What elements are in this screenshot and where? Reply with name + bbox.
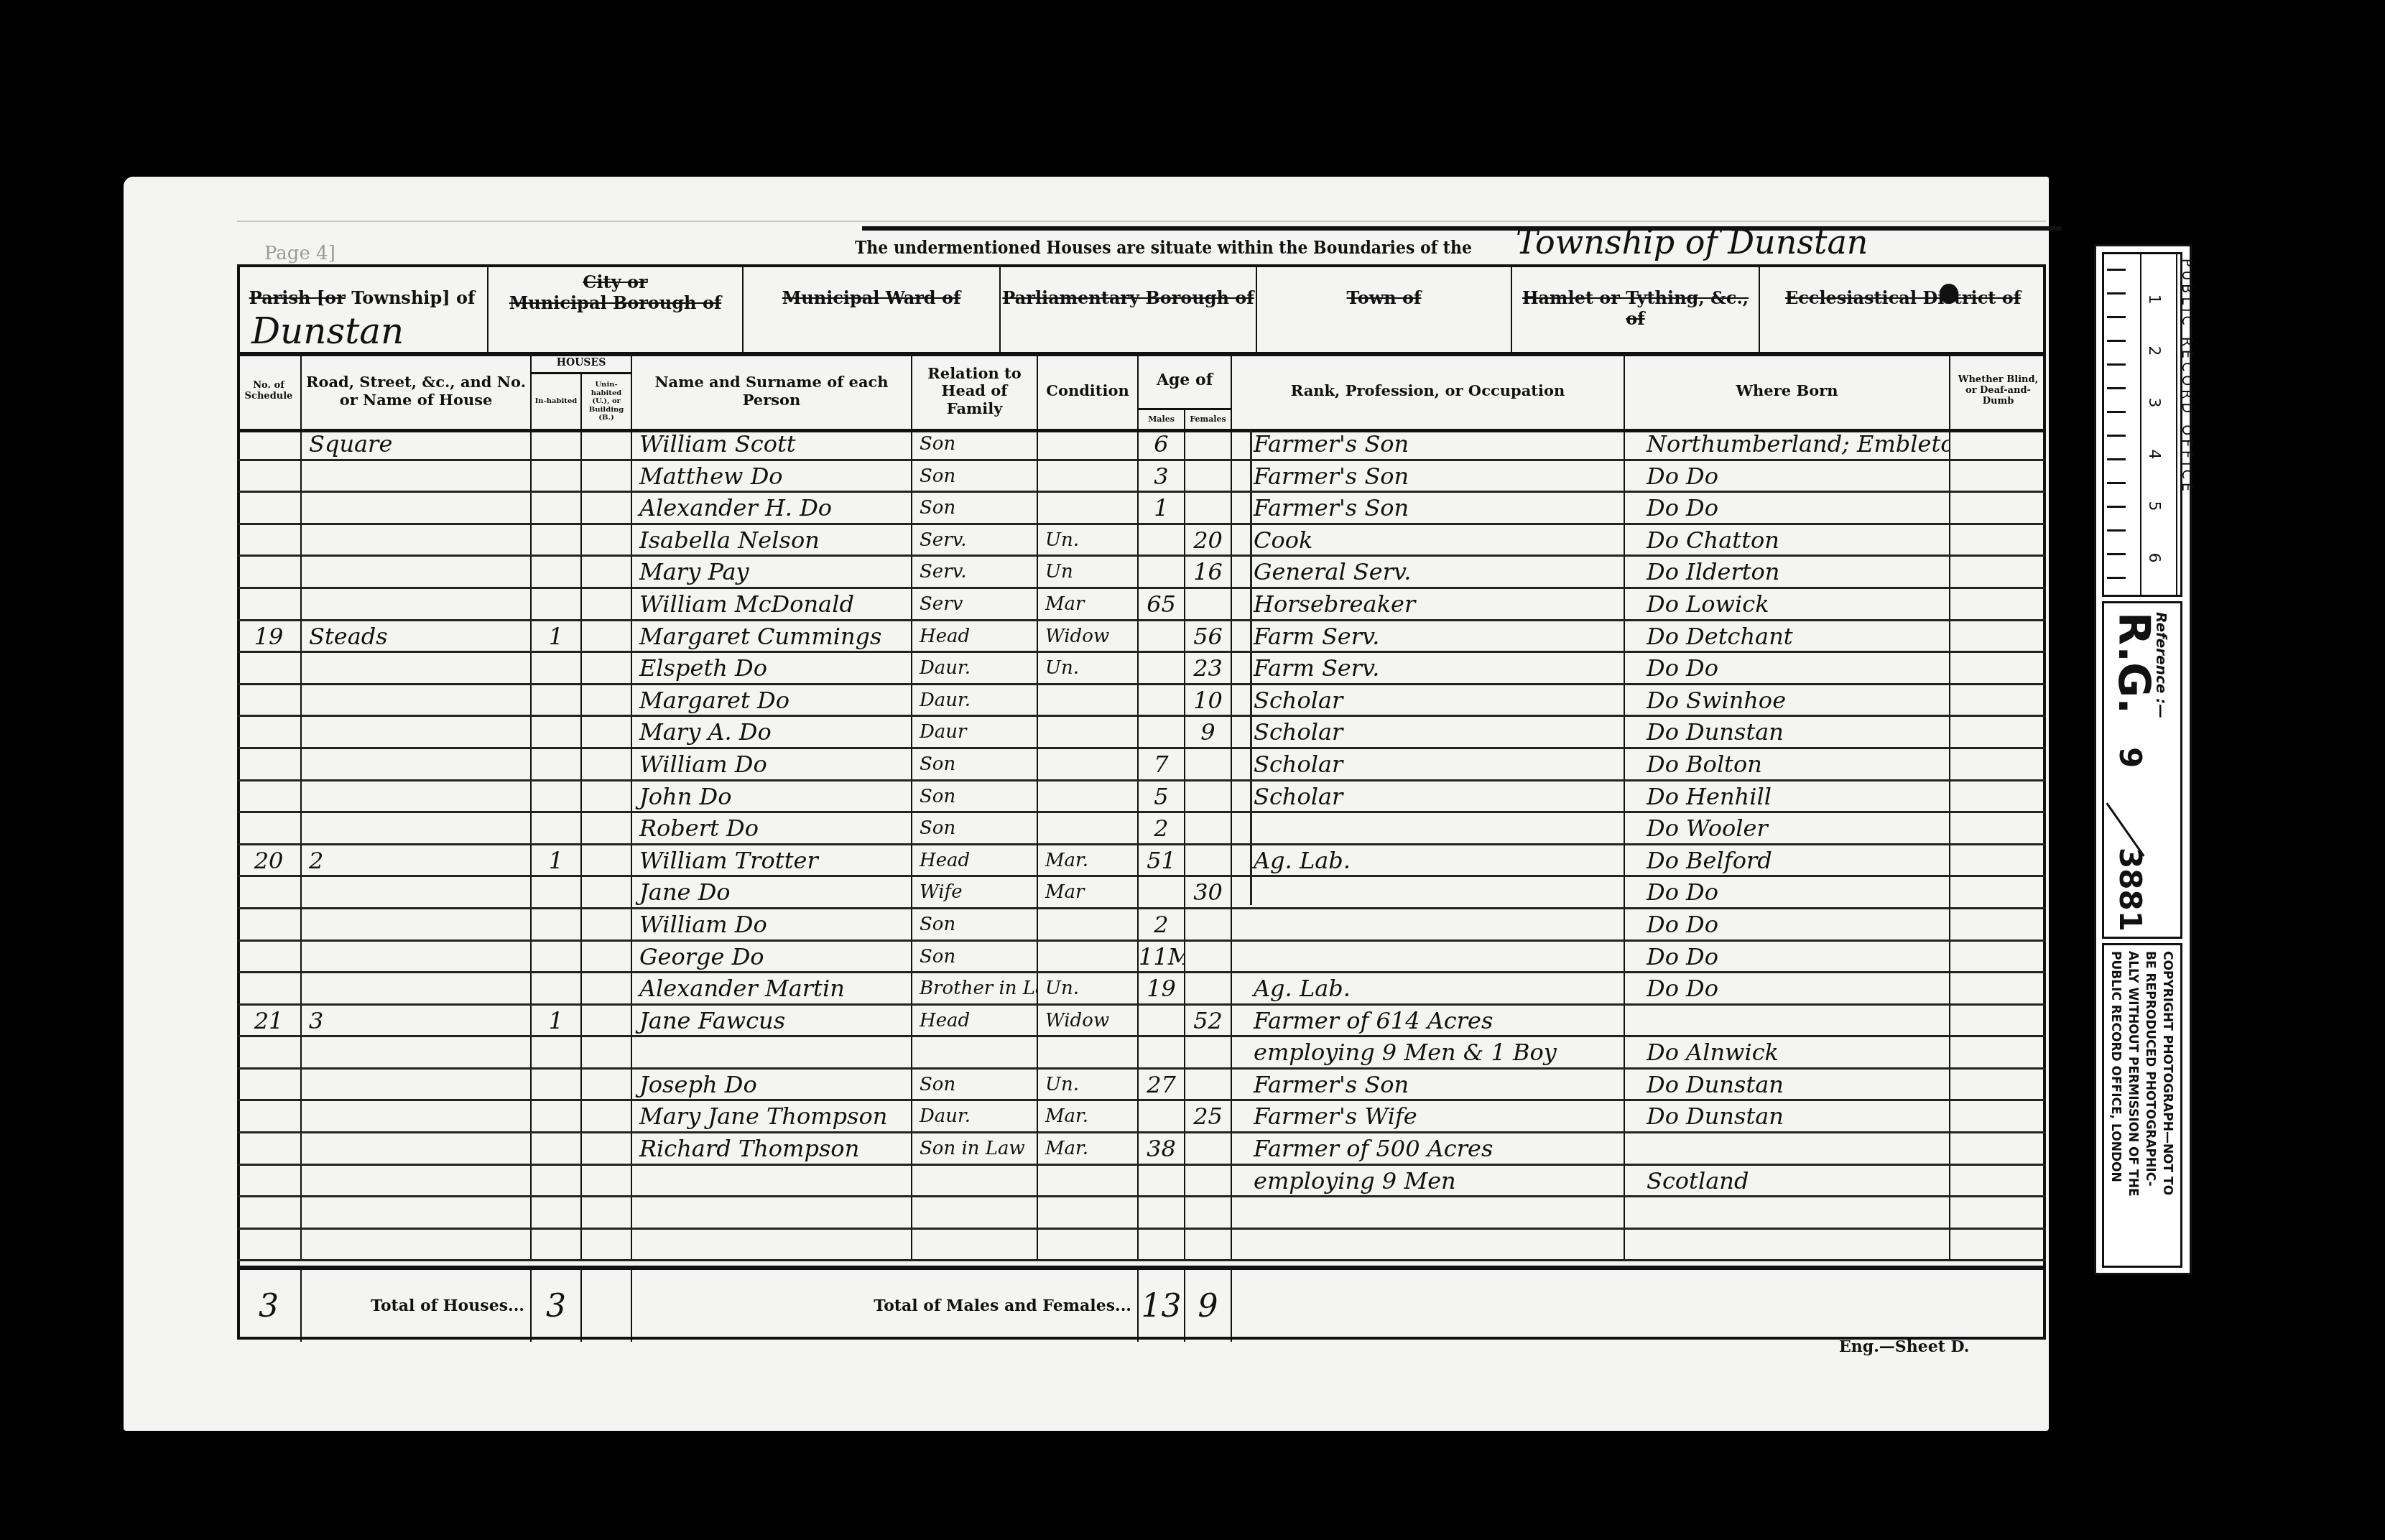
ruler-tick (2107, 458, 2126, 460)
city-struck-label: City or (488, 272, 742, 292)
total-houses-label: Total of Houses... (302, 1270, 532, 1342)
birthplace-cell: Do Do (1625, 493, 1950, 523)
column-headers: No. of Schedule Road, Street, &c., and N… (237, 353, 2046, 432)
name-cell: Margaret Do (632, 685, 912, 715)
inhabited-cell (532, 1230, 582, 1260)
males-age-cell: 2 (1139, 813, 1185, 843)
page-number: Page 4] (264, 243, 335, 264)
schedule-cell (237, 429, 302, 459)
inhabited-cell (532, 909, 582, 940)
males-age-cell (1139, 525, 1185, 555)
total-persons-label: Total of Males and Females... (632, 1270, 1139, 1342)
inhabited-cell (532, 685, 582, 715)
inhabited-cell (532, 589, 582, 619)
ruler-number: 1 (2145, 294, 2163, 305)
birthplace-cell: Do Belford (1625, 845, 1950, 876)
occupation-cell: Farm Serv. (1232, 653, 1625, 683)
uninhabited-cell (582, 653, 632, 683)
name-cell: Jane Fawcus (632, 1006, 912, 1036)
top-rule (237, 221, 2046, 222)
uninhabited-cell (582, 877, 632, 907)
ward-struck-label: Municipal Ward of (782, 287, 961, 308)
schedule-cell (237, 1037, 302, 1067)
schedule-cell (237, 909, 302, 940)
road-cell (302, 525, 532, 555)
uninhabited-cell (582, 429, 632, 459)
table-row: William McDonaldServMar65HorsebreakerDo … (237, 589, 2046, 621)
schedule-cell (237, 1197, 302, 1228)
total-females: 9 (1185, 1270, 1232, 1342)
hamlet-struck-label: Hamlet or Tything, &c., of (1522, 287, 1749, 329)
name-cell: Mary Pay (632, 557, 912, 587)
sheet-label: Eng.—Sheet D. (1839, 1337, 1969, 1356)
infirmity-cell (1950, 973, 2046, 1003)
age-label: Age of (1157, 353, 1213, 408)
inhabited-cell (532, 749, 582, 779)
reference-box: R.G. Reference :— 9 3881 (2102, 601, 2182, 939)
schedule-cell (237, 525, 302, 555)
road-cell (302, 942, 532, 972)
birthplace-cell: Do Alnwick (1625, 1037, 1950, 1067)
ruler-tick (2107, 435, 2126, 437)
occupation-cell: Horsebreaker (1232, 589, 1625, 619)
condition-cell: Mar. (1038, 845, 1139, 876)
condition-cell (1038, 1197, 1139, 1228)
table-row: Jane DoWifeMar30Do Do (237, 877, 2046, 909)
name-cell: Margaret Cummings (632, 621, 912, 651)
inhabited-cell (532, 1133, 582, 1164)
occupation-cell (1232, 1230, 1625, 1260)
relation-cell (912, 1197, 1038, 1228)
infirmity-cell (1950, 685, 2046, 715)
males-age-cell: 7 (1139, 749, 1185, 779)
col-name: Name and Surname of each Person (632, 353, 912, 429)
females-age-cell (1185, 589, 1232, 619)
condition-cell: Un. (1038, 1070, 1139, 1100)
occupation-cell: employing 9 Men (1232, 1166, 1625, 1196)
name-cell: George Do (632, 942, 912, 972)
condition-cell (1038, 749, 1139, 779)
relation-cell: Daur. (912, 685, 1038, 715)
ruler-tick (2107, 482, 2126, 484)
ruler-tick (2107, 506, 2126, 508)
condition-cell (1038, 1230, 1139, 1260)
condition-cell: Un. (1038, 973, 1139, 1003)
birthplace-cell (1625, 1006, 1950, 1036)
males-age-cell (1139, 877, 1185, 907)
birthplace-cell: Do Lowick (1625, 589, 1950, 619)
condition-cell (1038, 685, 1139, 715)
males-age-cell: 19 (1139, 973, 1185, 1003)
table-row: Mary PayServ.Un16General Serv.Do Ilderto… (237, 557, 2046, 589)
birthplace-cell: Do Swinhoe (1625, 685, 1950, 715)
occupation-cell: Farmer's Son (1232, 1070, 1625, 1100)
females-age-cell (1185, 813, 1232, 843)
col-born: Where Born (1625, 353, 1950, 429)
table-row: 2021William TrotterHeadMar.51Ag. Lab.Do … (237, 845, 2046, 878)
schedule-cell (237, 685, 302, 715)
name-cell (632, 1166, 912, 1196)
uninhabited-cell (582, 973, 632, 1003)
relation-cell: Serv. (912, 557, 1038, 587)
males-age-cell (1139, 1101, 1185, 1131)
division-parliamentary: Parliamentary Borough of (1001, 267, 1257, 352)
name-cell: William Scott (632, 429, 912, 459)
birthplace-cell: Do Do (1625, 461, 1950, 491)
schedule-cell (237, 1133, 302, 1164)
table-row (237, 1197, 2046, 1230)
infirmity-cell (1950, 749, 2046, 779)
ruler-number: 4 (2145, 450, 2163, 460)
males-age-cell: 27 (1139, 1070, 1185, 1100)
ruler-ticks (2104, 254, 2141, 595)
road-cell (302, 717, 532, 747)
uninhabited-cell (582, 493, 632, 523)
birthplace-cell: Do Dunstan (1625, 1070, 1950, 1100)
municipal-borough-struck-label: Municipal Borough of (488, 292, 742, 313)
relation-cell: Son (912, 942, 1038, 972)
infirmity-cell (1950, 525, 2046, 555)
table-row: Robert DoSon2Do Wooler (237, 813, 2046, 845)
uninhabited-cell (582, 1133, 632, 1164)
schedule-cell (237, 493, 302, 523)
public-record-office-label: PUBLIC RECORD OFFICE (2179, 259, 2195, 495)
males-age-cell (1139, 557, 1185, 587)
males-age-cell: 11Mo (1139, 942, 1185, 972)
infirmity-cell (1950, 429, 2046, 459)
relation-cell: Serv (912, 589, 1038, 619)
uninhabited-cell (582, 1101, 632, 1131)
birthplace-cell: Northumberland; Embleton (1625, 429, 1950, 459)
road-cell (302, 877, 532, 907)
table-row: employing 9 MenScotland (237, 1166, 2046, 1198)
condition-cell (1038, 461, 1139, 491)
division-municipal-borough: City or Municipal Borough of (488, 267, 744, 352)
males-age-cell: 38 (1139, 1133, 1185, 1164)
houses-label: HOUSES (532, 353, 631, 374)
infirmity-cell (1950, 1133, 2046, 1164)
relation-cell: Head (912, 1006, 1038, 1036)
males-age-cell: 1 (1139, 493, 1185, 523)
road-cell (302, 1133, 532, 1164)
road-cell (302, 909, 532, 940)
infirmity-cell (1950, 717, 2046, 747)
inhabited-cell (532, 1197, 582, 1228)
schedule-cell (237, 589, 302, 619)
birthplace-cell: Do Chatton (1625, 525, 1950, 555)
table-row: SquareWilliam ScottSon6Farmer's SonNorth… (237, 429, 2046, 461)
infirmity-cell (1950, 1101, 2046, 1131)
uninhabited-cell (582, 525, 632, 555)
males-age-cell (1139, 1006, 1185, 1036)
females-age-cell: 25 (1185, 1101, 1232, 1131)
road-cell (302, 685, 532, 715)
total-schedules: 3 (237, 1270, 302, 1342)
uninhabited-cell (582, 1166, 632, 1196)
table-row: Mary A. DoDaur9ScholarDo Dunstan (237, 717, 2046, 749)
ruler-number: 3 (2145, 398, 2163, 408)
col-condition: Condition (1038, 353, 1139, 429)
infirmity-cell (1950, 493, 2046, 523)
females-age-cell (1185, 429, 1232, 459)
schedule-cell (237, 973, 302, 1003)
col-inhabited: In-habited (532, 374, 582, 429)
road-cell (302, 749, 532, 779)
uninhabited-cell (582, 1006, 632, 1036)
name-cell: Mary A. Do (632, 717, 912, 747)
schedule-cell (237, 781, 302, 812)
uninhabited-cell (582, 1037, 632, 1067)
condition-cell: Mar. (1038, 1101, 1139, 1131)
relation-cell: Daur. (912, 1101, 1038, 1131)
females-age-cell (1185, 781, 1232, 812)
occupation-cell (1232, 942, 1625, 972)
relation-cell (912, 1166, 1038, 1196)
schedule-cell (237, 942, 302, 972)
occupation-cell (1232, 1197, 1625, 1228)
road-cell: Square (302, 429, 532, 459)
table-row: Mary Jane ThompsonDaur.Mar.25Farmer's Wi… (237, 1101, 2046, 1133)
schedule-cell (237, 813, 302, 843)
uninhabited-cell (582, 685, 632, 715)
uninhabited-cell (582, 813, 632, 843)
ruler-tick (2107, 363, 2126, 366)
occupation-cell: Cook (1232, 525, 1625, 555)
condition-cell (1038, 1166, 1139, 1196)
parliamentary-struck-label: Parliamentary Borough of (1002, 287, 1254, 308)
schedule-cell (237, 749, 302, 779)
birthplace-cell: Do Do (1625, 653, 1950, 683)
occupation-cell: Farmer's Son (1232, 493, 1625, 523)
infirmity-cell (1950, 1230, 2046, 1260)
condition-cell (1038, 1037, 1139, 1067)
ecclesiastical-struck-label: Ecclesiastical District of (1785, 287, 2021, 308)
infirmity-cell (1950, 942, 2046, 972)
ruler-number: 6 (2145, 553, 2163, 563)
condition-cell: Mar. (1038, 1133, 1139, 1164)
parish-value: Dunstan (251, 310, 404, 352)
females-age-cell: 16 (1185, 557, 1232, 587)
inhabited-cell: 1 (532, 845, 582, 876)
schedule-cell (237, 717, 302, 747)
birthplace-cell: Do Dunstan (1625, 1101, 1950, 1131)
name-cell: Matthew Do (632, 461, 912, 491)
census-rows: SquareWilliam ScottSon6Farmer's SonNorth… (237, 429, 2046, 1261)
females-age-cell (1185, 1070, 1232, 1100)
totals-row: 3 Total of Houses... 3 Total of Males an… (237, 1266, 2046, 1342)
col-schedule: No. of Schedule (237, 353, 302, 429)
name-cell: Joseph Do (632, 1070, 912, 1100)
inhabited-cell (532, 493, 582, 523)
boundaries-value: Township of Dunstan (1516, 223, 1868, 261)
name-cell: William McDonald (632, 589, 912, 619)
reference-strip: 123456 PUBLIC RECORD OFFICE R.G. Referen… (2094, 244, 2192, 1275)
birthplace-cell: Do Henhill (1625, 781, 1950, 812)
males-age-cell (1139, 1037, 1185, 1067)
uninhabited-cell (582, 781, 632, 812)
occupation-cell: General Serv. (1232, 557, 1625, 587)
males-age-cell: 2 (1139, 909, 1185, 940)
col-blind: Whether Blind, or Deaf-and-Dumb (1950, 353, 2046, 429)
col-houses: HOUSES In-habited Unin-habited (U.), or … (532, 353, 632, 429)
punch-hole (1940, 284, 1958, 304)
uninhabited-cell (582, 557, 632, 587)
condition-cell: Widow (1038, 1006, 1139, 1036)
occupation-cell: Ag. Lab. (1232, 973, 1625, 1003)
relation-cell: Son (912, 461, 1038, 491)
relation-cell: Daur (912, 717, 1038, 747)
birthplace-cell: Do Ilderton (1625, 557, 1950, 587)
relation-cell: Son (912, 749, 1038, 779)
inhabited-cell (532, 1037, 582, 1067)
males-age-cell (1139, 1166, 1185, 1196)
table-row: William DoSon7ScholarDo Bolton (237, 749, 2046, 781)
boundaries-label: The undermentioned Houses are situate wi… (855, 237, 1472, 258)
occupation-cell: Farmer of 614 Acres (1232, 1006, 1625, 1036)
infirmity-cell (1950, 781, 2046, 812)
infirmity-cell (1950, 1197, 2046, 1228)
relation-cell: Brother in Law (912, 973, 1038, 1003)
relation-cell (912, 1230, 1038, 1260)
occupation-bracket (1250, 431, 1252, 905)
parish-struck-label: Parish [or (249, 287, 346, 308)
copyright-notice: COPYRIGHT PHOTOGRAPH—NOT TO BE REPRODUCE… (2107, 951, 2176, 1197)
females-age-cell: 56 (1185, 621, 1232, 651)
name-cell: William Trotter (632, 845, 912, 876)
totals-blank (1232, 1270, 2046, 1342)
name-cell: Alexander H. Do (632, 493, 912, 523)
road-cell (302, 557, 532, 587)
occupation-cell: Ag. Lab. (1232, 845, 1625, 876)
condition-cell: Un. (1038, 653, 1139, 683)
ruler-tick (2107, 411, 2126, 413)
females-age-cell (1185, 493, 1232, 523)
relation-cell: Head (912, 845, 1038, 876)
condition-cell (1038, 493, 1139, 523)
females-age-cell (1185, 909, 1232, 940)
birthplace-cell (1625, 1197, 1950, 1228)
name-cell: Isabella Nelson (632, 525, 912, 555)
birthplace-cell (1625, 1230, 1950, 1260)
col-relation: Relation to Head of Family (912, 353, 1038, 429)
males-age-cell: 5 (1139, 781, 1185, 812)
schedule-cell: 20 (237, 845, 302, 876)
infirmity-cell (1950, 1037, 2046, 1067)
birthplace-cell (1625, 1133, 1950, 1164)
schedule-cell (237, 877, 302, 907)
infirmity-cell (1950, 461, 2046, 491)
males-age-cell: 3 (1139, 461, 1185, 491)
road-cell (302, 493, 532, 523)
relation-cell: Son (912, 909, 1038, 940)
division-ward: Municipal Ward of (744, 267, 1001, 352)
condition-cell (1038, 813, 1139, 843)
col-road: Road, Street, &c., and No. or Name of Ho… (302, 353, 532, 429)
table-row: Elspeth DoDaur.Un.23Farm Serv.Do Do (237, 653, 2046, 685)
birthplace-cell: Do Do (1625, 877, 1950, 907)
table-row: Isabella NelsonServ.Un.20CookDo Chatton (237, 525, 2046, 557)
females-age-cell: 30 (1185, 877, 1232, 907)
total-males: 13 (1139, 1270, 1185, 1342)
condition-cell: Widow (1038, 621, 1139, 651)
birthplace-cell: Do Bolton (1625, 749, 1950, 779)
uninhabited-cell (582, 1197, 632, 1228)
road-cell: 3 (302, 1006, 532, 1036)
females-age-cell (1185, 942, 1232, 972)
name-cell: Jane Do (632, 877, 912, 907)
table-row: Joseph DoSonUn.27Farmer's SonDo Dunstan (237, 1070, 2046, 1102)
road-cell (302, 653, 532, 683)
inhabited-cell (532, 813, 582, 843)
ruler-tick (2107, 577, 2126, 579)
females-age-cell: 10 (1185, 685, 1232, 715)
road-cell (302, 1197, 532, 1228)
road-cell (302, 813, 532, 843)
road-cell (302, 781, 532, 812)
name-cell: Richard Thompson (632, 1133, 912, 1164)
road-cell (302, 1101, 532, 1131)
males-age-cell (1139, 1197, 1185, 1228)
infirmity-cell (1950, 1070, 2046, 1100)
name-cell (632, 1037, 912, 1067)
table-row: Alexander H. DoSon1Farmer's SonDo Do (237, 493, 2046, 525)
relation-cell: Son (912, 429, 1038, 459)
relation-cell: Serv. (912, 525, 1038, 555)
schedule-cell (237, 1230, 302, 1260)
condition-cell: Un (1038, 557, 1139, 587)
road-cell (302, 973, 532, 1003)
inhabited-cell (532, 429, 582, 459)
total-houses-uninhabited (582, 1270, 632, 1342)
inhabited-cell: 1 (532, 1006, 582, 1036)
name-cell: Elspeth Do (632, 653, 912, 683)
males-age-cell: 65 (1139, 589, 1185, 619)
inhabited-cell (532, 1101, 582, 1131)
schedule-cell (237, 1166, 302, 1196)
inhabited-cell (532, 557, 582, 587)
infirmity-cell (1950, 557, 2046, 587)
birthplace-cell: Do Do (1625, 973, 1950, 1003)
females-age-cell (1185, 461, 1232, 491)
name-cell: Mary Jane Thompson (632, 1101, 912, 1131)
uninhabited-cell (582, 621, 632, 651)
uninhabited-cell (582, 717, 632, 747)
inhabited-cell (532, 1166, 582, 1196)
females-age-cell (1185, 973, 1232, 1003)
condition-cell (1038, 909, 1139, 940)
occupation-cell: Farm Serv. (1232, 621, 1625, 651)
table-row: 2131Jane FawcusHeadWidow52Farmer of 614 … (237, 1006, 2046, 1038)
ruler-number: 5 (2145, 501, 2163, 511)
col-occupation: Rank, Profession, or Occupation (1232, 353, 1625, 429)
ruler-number: 2 (2145, 346, 2163, 356)
females-age-cell (1185, 845, 1232, 876)
col-females: Females (1185, 410, 1231, 429)
name-cell: William Do (632, 909, 912, 940)
birthplace-cell: Scotland (1625, 1166, 1950, 1196)
uninhabited-cell (582, 1230, 632, 1260)
col-uninhabited: Unin-habited (U.), or Building (B.) (582, 374, 631, 429)
ruler-tick (2107, 553, 2126, 555)
col-males: Males (1139, 410, 1185, 429)
condition-cell: Un. (1038, 525, 1139, 555)
uninhabited-cell (582, 749, 632, 779)
reference-label: Reference :— (2153, 612, 2170, 718)
schedule-cell: 21 (237, 1006, 302, 1036)
males-age-cell: 51 (1139, 845, 1185, 876)
occupation-cell: Scholar (1232, 685, 1625, 715)
inhabited-cell (532, 717, 582, 747)
